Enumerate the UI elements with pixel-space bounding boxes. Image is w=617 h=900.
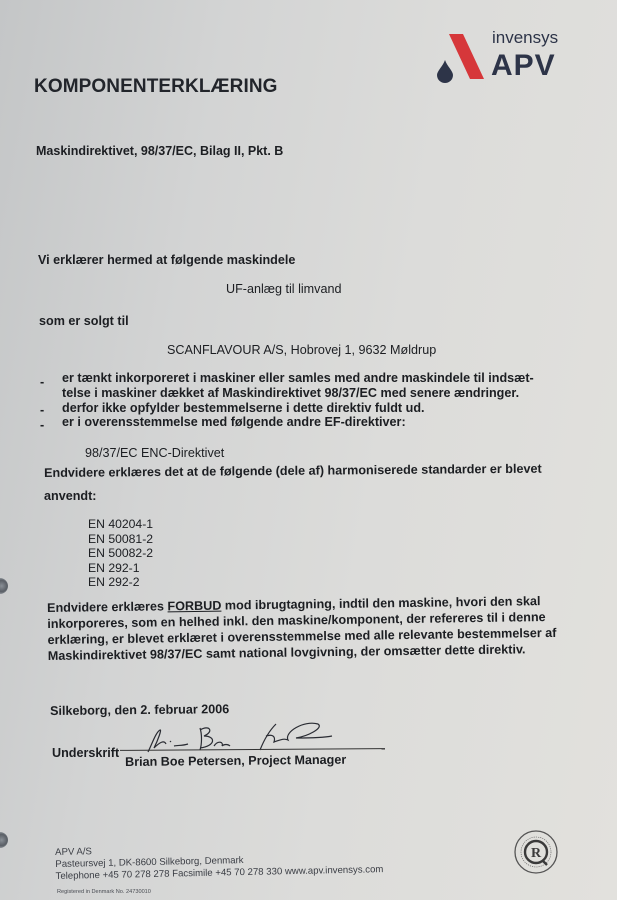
quality-seal-icon: R bbox=[513, 829, 559, 875]
document-page: invensys APV KOMPONENTERKLÆRING Maskindi… bbox=[0, 0, 617, 900]
logo-apv-text: APV bbox=[491, 49, 556, 83]
company-footer: APV A/S Pasteursvej 1, DK-8600 Silkeborg… bbox=[55, 840, 384, 883]
bullet-marker: - bbox=[40, 418, 44, 432]
prohibition-paragraph: Endvidere erklæres FORBUD mod ibrugtagni… bbox=[47, 593, 557, 664]
signature-label: Underskrift bbox=[52, 746, 119, 760]
binder-rivet-icon bbox=[0, 832, 8, 848]
binder-rivet-icon bbox=[0, 578, 8, 594]
standards-list: EN 40204-1 EN 50081-2 EN 50082-2 EN 292-… bbox=[88, 517, 153, 590]
invensys-apv-logo: invensys APV bbox=[436, 30, 586, 86]
customer-address: SCANFLAVOUR A/S, Hobrovej 1, 9632 Møldru… bbox=[167, 343, 436, 357]
bullet-2-line-1: derfor ikke opfylder bestemmelserne i de… bbox=[62, 401, 425, 415]
bullet-3-line-1: er i overensstemmelse med følgende andre… bbox=[62, 415, 406, 429]
standard-item: EN 292-2 bbox=[88, 575, 153, 590]
standards-intro-line-1: Endvidere erklæres det at de følgende (d… bbox=[44, 462, 542, 480]
bullet-1-line-1: er tænkt inkorporeret i maskiner eller s… bbox=[62, 371, 534, 385]
svg-text:R: R bbox=[531, 846, 542, 861]
sold-to-label: som er solgt til bbox=[39, 314, 129, 328]
page-title: KOMPONENTERKLÆRING bbox=[34, 76, 278, 98]
prohibition-emphasis: FORBUD bbox=[167, 599, 221, 614]
prohibition-prefix: Endvidere erklæres bbox=[47, 599, 168, 615]
logo-invensys-text: invensys bbox=[492, 28, 558, 48]
bullet-1-line-2: telse i maskiner dækket af Maskindirekti… bbox=[62, 386, 519, 400]
intro-text: Vi erklærer hermed at følgende maskindel… bbox=[38, 253, 295, 267]
registration-number: Registered in Denmark No. 24730010 bbox=[57, 889, 151, 895]
standard-item: EN 50082-2 bbox=[88, 546, 153, 561]
other-directive: 98/37/EC ENC-Direktivet bbox=[85, 446, 224, 460]
standard-item: EN 292-1 bbox=[88, 561, 153, 576]
handwritten-signature-icon bbox=[138, 716, 338, 758]
signer-name-title: Brian Boe Petersen, Project Manager bbox=[125, 753, 346, 769]
quality-assurance-seal: R bbox=[513, 829, 559, 875]
standard-item: EN 50081-2 bbox=[88, 532, 153, 547]
bullet-marker: - bbox=[40, 403, 44, 417]
standards-intro-line-2: anvendt: bbox=[44, 489, 96, 503]
directive-reference: Maskindirektivet, 98/37/EC, Bilag II, Pk… bbox=[36, 144, 283, 158]
bullet-marker: - bbox=[40, 375, 44, 389]
standard-item: EN 40204-1 bbox=[88, 517, 153, 532]
product-name: UF-anlæg til limvand bbox=[226, 282, 341, 296]
